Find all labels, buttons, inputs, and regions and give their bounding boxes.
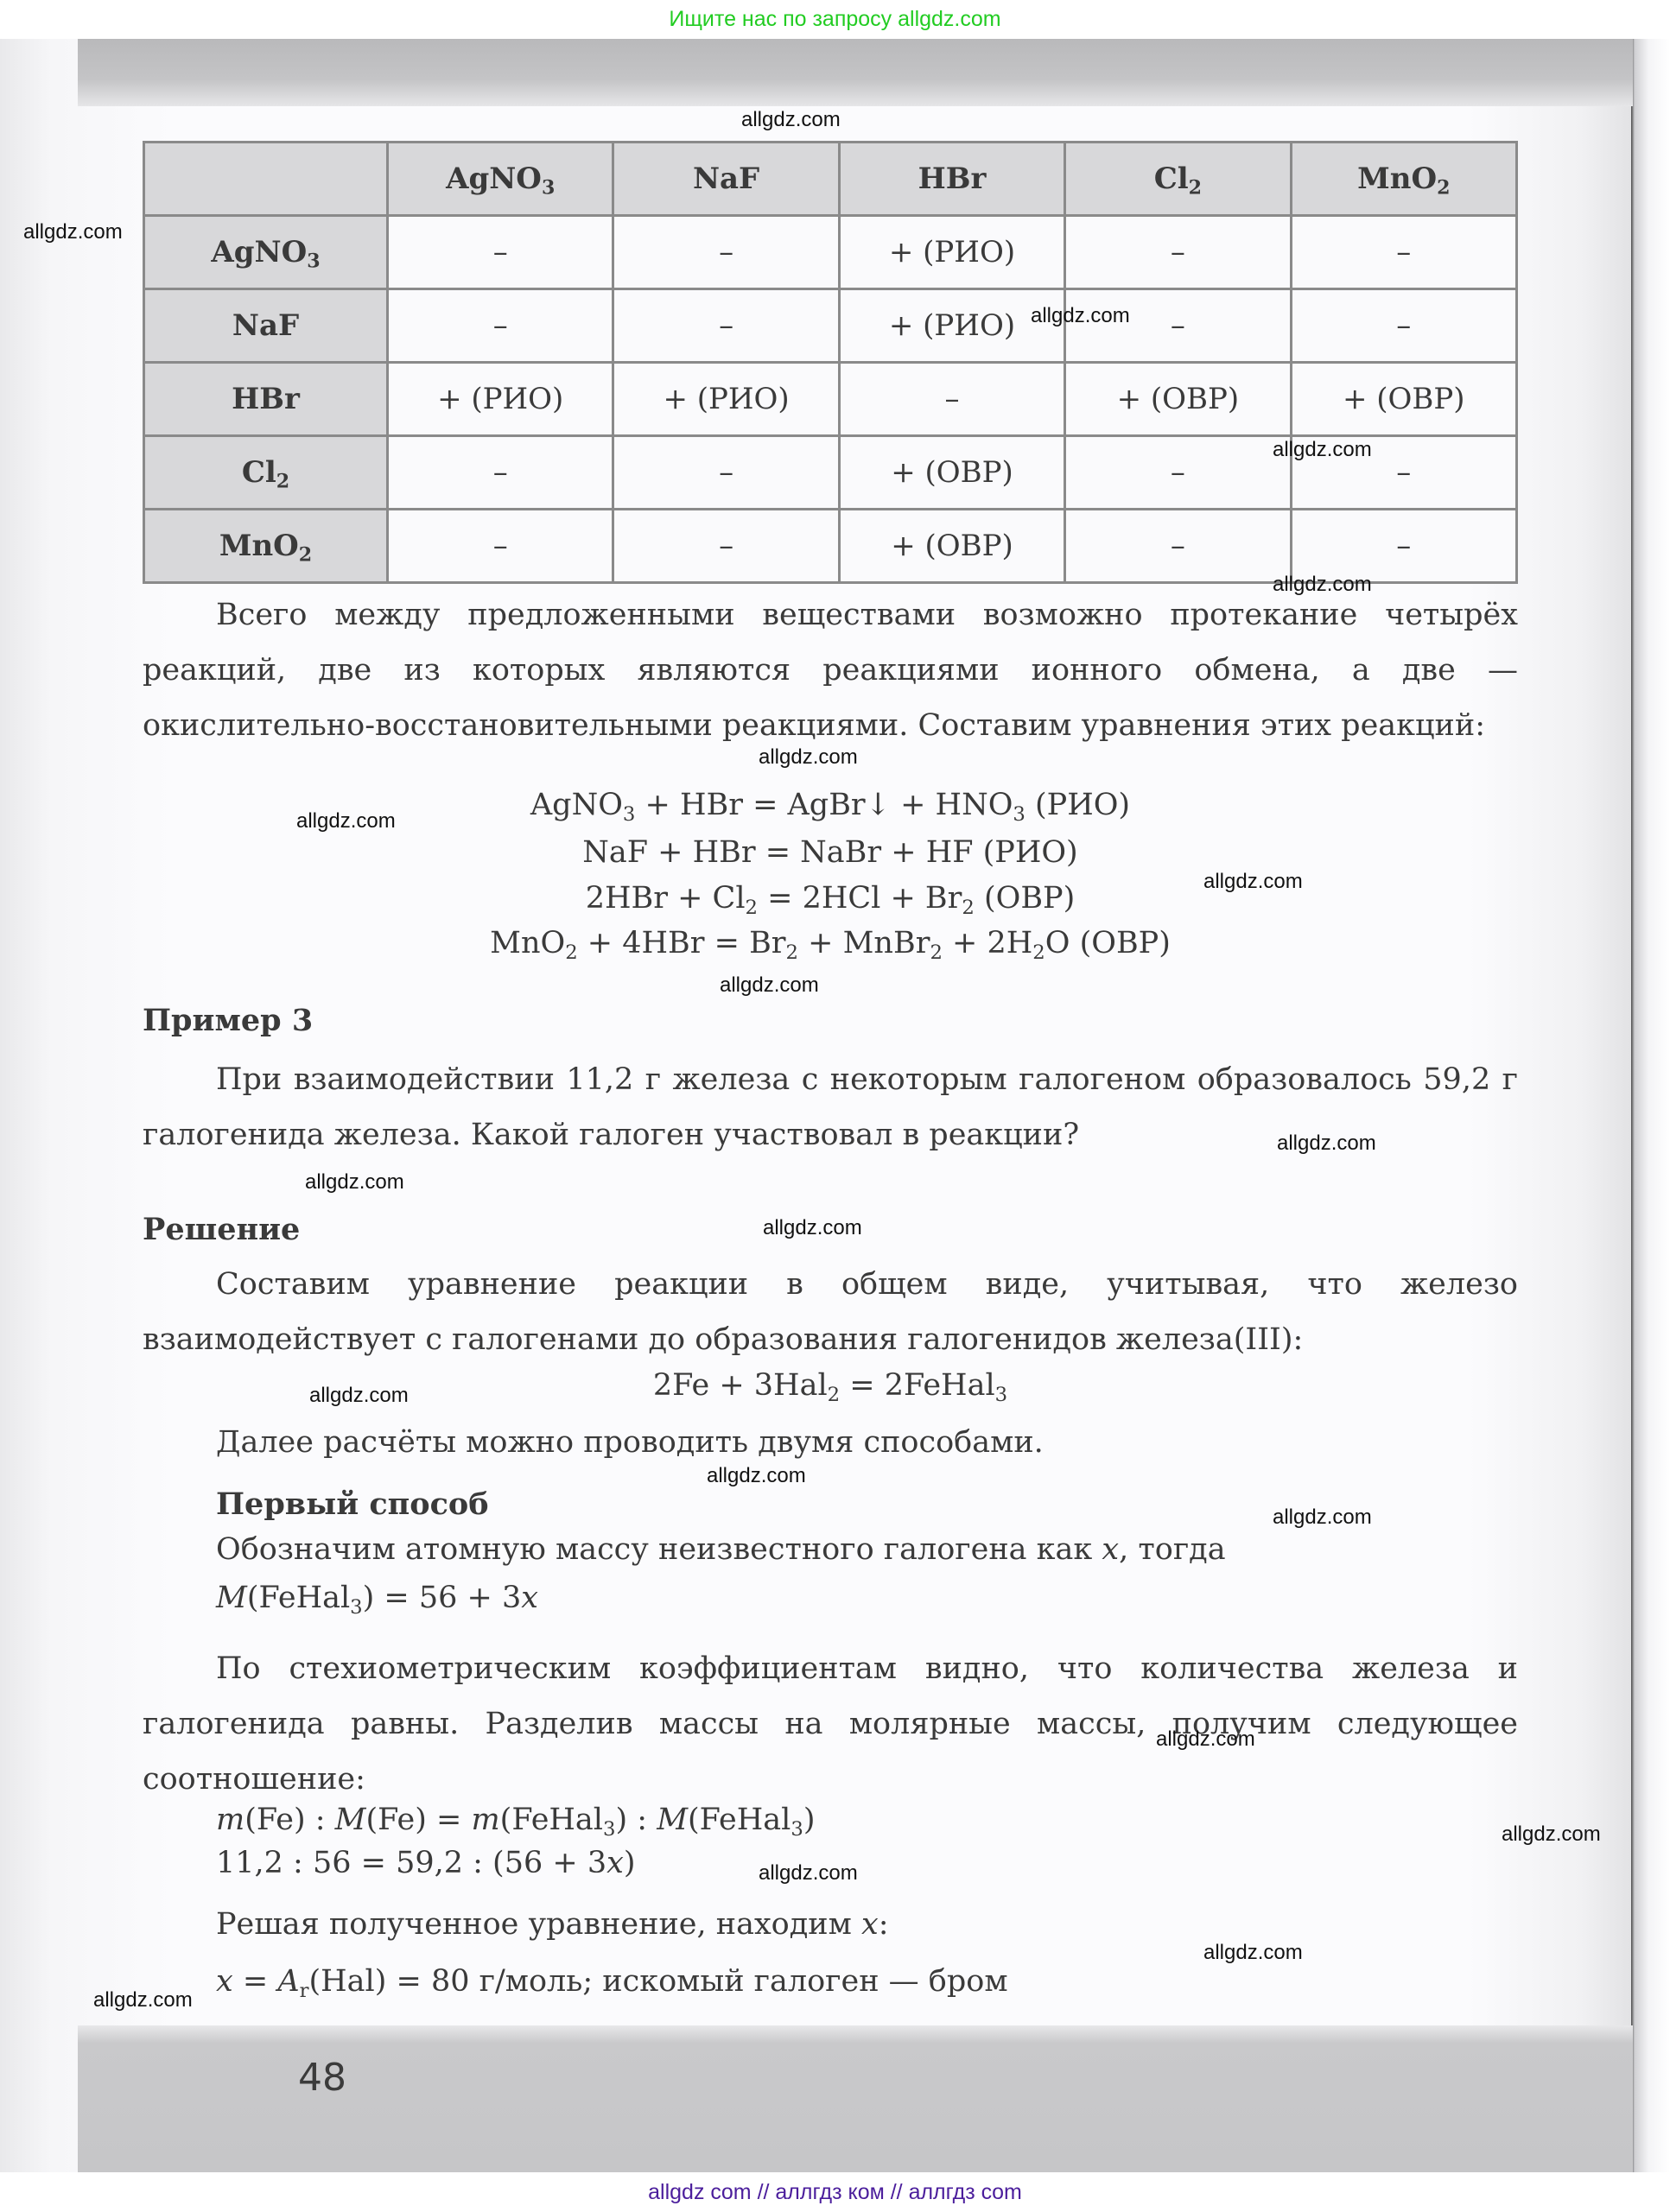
watermark: allgdz.com [720, 973, 819, 998]
solution-title: Решение [143, 1202, 300, 1258]
table-cell: – [613, 510, 839, 583]
table-cell: – [1065, 216, 1291, 289]
watermark: allgdz.com [707, 1464, 806, 1488]
column-header: HBr [839, 143, 1064, 216]
example-title: Пример 3 [143, 993, 313, 1049]
equation-2: NaF + HBr = NaBr + HF (РИО) [143, 829, 1518, 877]
table-cell: – [839, 363, 1064, 436]
watermark: allgdz.com [93, 1988, 193, 2012]
solution-intro: Составим уравнение реакции в общем виде,… [143, 1257, 1518, 1367]
table-cell: + (РИО) [388, 363, 613, 436]
table-cell: – [1291, 216, 1516, 289]
molar-mass-expression: M(FeHal3) = 56 + 3x [216, 1570, 538, 1626]
header-band [78, 39, 1633, 106]
stoichiometry-paragraph: По стехиометрическим коэффициентам видно… [143, 1641, 1518, 1807]
top-banner[interactable]: Ищите нас по запросу allgdz.com [0, 0, 1670, 39]
watermark: allgdz.com [1203, 870, 1303, 894]
column-header: AgNO3 [388, 143, 613, 216]
method1-line: Обозначим атомную массу неизвестного гал… [216, 1522, 1226, 1577]
table-cell: + (ОВР) [1291, 363, 1516, 436]
table-cell: – [1291, 510, 1516, 583]
table-cell: + (ОВР) [839, 510, 1064, 583]
watermark: allgdz.com [309, 1384, 409, 1408]
watermark: allgdz.com [1273, 573, 1372, 597]
table-cell: + (ОВР) [839, 436, 1064, 510]
equation-4: MnO2 + 4HBr = Br2 + MnBr2 + 2H2O (ОВР) [143, 920, 1518, 967]
row-header: NaF [144, 289, 388, 363]
table-cell: – [388, 289, 613, 363]
watermark: allgdz.com [305, 1170, 404, 1195]
table-cell: – [388, 510, 613, 583]
table-cell: + (РИО) [613, 363, 839, 436]
answer-line: x = Ar(Hal) = 80 г/моль; искомый галоген… [216, 1954, 1008, 2009]
table-cell: – [388, 436, 613, 510]
table-cell: – [1291, 289, 1516, 363]
column-header: Cl2 [1065, 143, 1291, 216]
watermark: allgdz.com [1156, 1727, 1255, 1752]
page-number: 48 [298, 2056, 346, 2100]
watermark: allgdz.com [23, 220, 123, 244]
reactions-table: AgNO3 NaF HBr Cl2 MnO2 AgNO3 – – + (РИО)… [143, 141, 1518, 584]
watermark: allgdz.com [1273, 438, 1372, 462]
table-row: AgNO3 – – + (РИО) – – [144, 216, 1517, 289]
table-row: NaF – – + (РИО) – – [144, 289, 1517, 363]
table-corner-cell [144, 143, 388, 216]
equation-3: 2HBr + Cl2 = 2HCl + Br2 (ОВР) [143, 875, 1518, 922]
solve-line: Решая полученное уравнение, находим x: [216, 1897, 889, 1952]
ratio-numeric: 11,2 : 56 = 59,2 : (56 + 3x) [216, 1835, 636, 1891]
column-header: NaF [613, 143, 839, 216]
watermark: allgdz.com [1031, 304, 1130, 328]
table-cell: – [388, 216, 613, 289]
page-edge [1631, 39, 1670, 2172]
summary-paragraph: Всего между предложенными веществами воз… [143, 587, 1518, 753]
watermark: allgdz.com [1277, 1131, 1376, 1156]
table-cell: + (ОВР) [1065, 363, 1291, 436]
table-cell: – [613, 436, 839, 510]
bottom-banner[interactable]: allgdz com // аллгдз ком // аллгдз com [0, 2172, 1670, 2212]
methods-note: Далее расчёты можно проводить двумя спос… [216, 1415, 1044, 1470]
row-header: AgNO3 [144, 216, 388, 289]
row-header: HBr [144, 363, 388, 436]
table-cell: – [613, 216, 839, 289]
watermark: allgdz.com [763, 1216, 862, 1240]
table-cell: – [613, 289, 839, 363]
table-row: MnO2 – – + (ОВР) – – [144, 510, 1517, 583]
watermark: allgdz.com [1502, 1822, 1601, 1847]
table-cell: – [1065, 436, 1291, 510]
watermark: allgdz.com [759, 745, 858, 770]
row-header: Cl2 [144, 436, 388, 510]
watermark: allgdz.com [296, 809, 396, 833]
table-header-row: AgNO3 NaF HBr Cl2 MnO2 [144, 143, 1517, 216]
row-header: MnO2 [144, 510, 388, 583]
column-header: MnO2 [1291, 143, 1516, 216]
watermark: allgdz.com [741, 108, 841, 132]
table-row: HBr + (РИО) + (РИО) – + (ОВР) + (ОВР) [144, 363, 1517, 436]
watermark: allgdz.com [1273, 1505, 1372, 1530]
watermark: allgdz.com [759, 1861, 858, 1886]
watermark: allgdz.com [1203, 1941, 1303, 1965]
table-cell: – [1065, 510, 1291, 583]
table-cell: + (РИО) [839, 216, 1064, 289]
